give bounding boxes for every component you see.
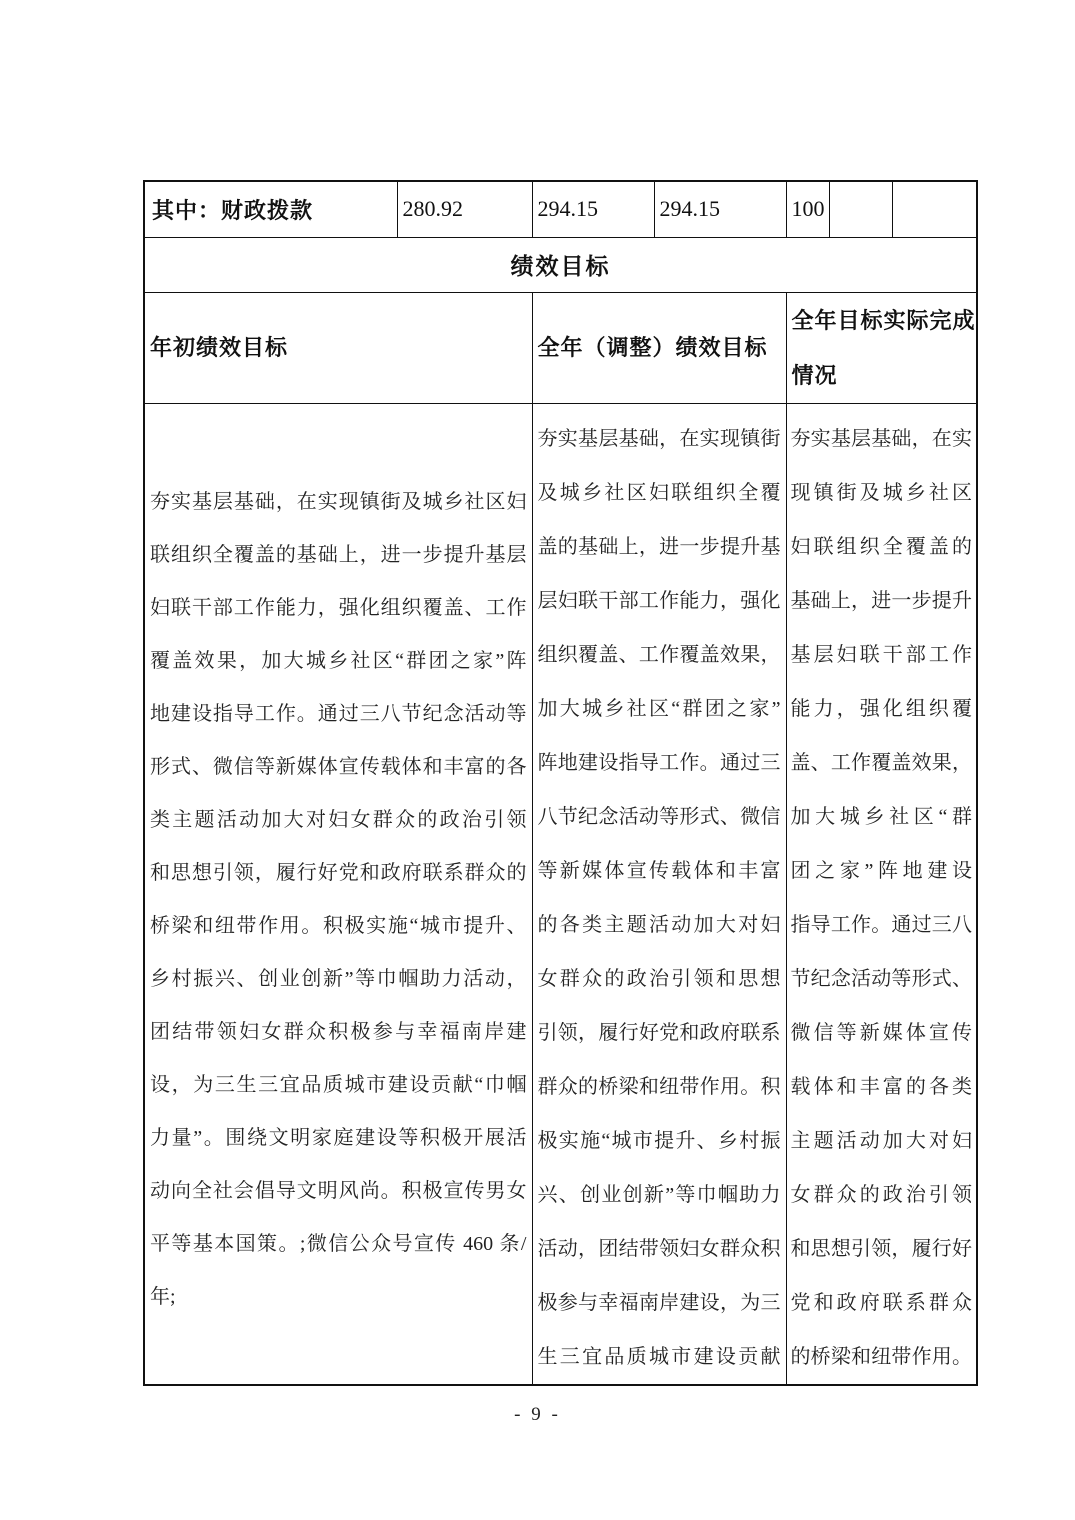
text-line: 女群众的政治引领 xyxy=(791,1168,973,1222)
text-line: 群众的桥梁和纽带作用。积 xyxy=(538,1060,781,1114)
text-line: 地建设指导工作。通过三八节纪念活动等 xyxy=(150,688,527,741)
text-line: 团之家”阵地建设 xyxy=(791,844,973,898)
funding-value-adjusted: 294.15 xyxy=(532,181,654,237)
text-line: 活动，团结带领妇女群众积 xyxy=(538,1222,781,1276)
initial-goal-text: 夯实基层基础，在实现镇街及城乡社区妇联组织全覆盖的基础上，进一步提升基层妇联干部… xyxy=(144,403,532,1385)
text-line: 和思想引领，履行好党和政府联系群众的 xyxy=(150,847,527,900)
column-headers-row: 年初绩效目标 全年（调整）绩效目标 全年目标实际完成情况 xyxy=(144,292,977,403)
text-line: 力量”。围绕文明家庭建设等积极开展活 xyxy=(150,1112,527,1165)
text-line: 极参与幸福南岸建设，为三 xyxy=(538,1276,781,1330)
text-line: 夯实基层基础，在实现镇街及城乡社区妇 xyxy=(150,476,527,529)
text-line: 组织覆盖、工作覆盖效果， xyxy=(538,628,781,682)
funding-row: 其中：财政拨款 280.92 294.15 294.15 100 xyxy=(144,181,977,237)
section-title-row: 绩效目标 xyxy=(144,237,977,292)
text-line: 类主题活动加大对妇女群众的政治引领 xyxy=(150,794,527,847)
text-line: 等新媒体宣传载体和丰富 xyxy=(538,844,781,898)
text-line: 乡村振兴、创业创新”等巾帼助力活动， xyxy=(150,953,527,1006)
text-line: 桥梁和纽带作用。积极实施“城市提升、 xyxy=(150,900,527,953)
funding-empty-cell-1 xyxy=(829,181,892,237)
text-line: 盖的基础上，进一步提升基 xyxy=(538,520,781,574)
text-line: 夯实基层基础，在实 xyxy=(791,412,973,466)
text-line: 妇联组织全覆盖的 xyxy=(791,520,973,574)
text-line: 节纪念活动等形式、 xyxy=(791,952,973,1006)
text-line: 阵地建设指导工作。通过三 xyxy=(538,736,781,790)
text-line: 加大城乡社区“群团之家” xyxy=(538,682,781,736)
text-line: 引领，履行好党和政府联系 xyxy=(538,1006,781,1060)
text-line: 八节纪念活动等形式、微信 xyxy=(538,790,781,844)
performance-report-table: 其中：财政拨款 280.92 294.15 294.15 100 绩效目标 年初… xyxy=(143,180,978,1386)
funding-value-initial: 280.92 xyxy=(397,181,532,237)
text-line: 女群众的政治引领和思想 xyxy=(538,952,781,1006)
text-line: 现镇街及城乡社区 xyxy=(791,466,973,520)
text-line: 的桥梁和纽带作用。 xyxy=(791,1330,973,1384)
text-line: 年; xyxy=(150,1271,527,1324)
text-line: 能力，强化组织覆 xyxy=(791,682,973,736)
header-actual-completion: 全年目标实际完成情况 xyxy=(786,292,977,403)
page-number: - 9 - xyxy=(0,1404,1075,1426)
text-line: 覆盖效果，加大城乡社区“群团之家”阵 xyxy=(150,635,527,688)
goals-text-row: 夯实基层基础，在实现镇街及城乡社区妇联组织全覆盖的基础上，进一步提升基层妇联干部… xyxy=(144,403,977,1385)
text-line: 平等基本国策。;微信公众号宣传 460 条/ xyxy=(150,1218,527,1271)
text-line: 形式、微信等新媒体宣传载体和丰富的各 xyxy=(150,741,527,794)
text-line: 层妇联干部工作能力，强化 xyxy=(538,574,781,628)
text-line: 和思想引领，履行好 xyxy=(791,1222,973,1276)
text-line: 团结带领妇女群众积极参与幸福南岸建 xyxy=(150,1006,527,1059)
text-line: 联组织全覆盖的基础上，进一步提升基层 xyxy=(150,529,527,582)
performance-section-title: 绩效目标 xyxy=(144,237,977,292)
text-line: 加大城乡社区“群 xyxy=(791,790,973,844)
document-page: 其中：财政拨款 280.92 294.15 294.15 100 绩效目标 年初… xyxy=(0,0,1075,1520)
text-line: 及城乡社区妇联组织全覆 xyxy=(538,466,781,520)
funding-value-actual: 294.15 xyxy=(654,181,786,237)
text-line: 生三宜品质城市建设贡献 xyxy=(538,1330,781,1384)
text-line: 载体和丰富的各类 xyxy=(791,1060,973,1114)
funding-value-rate: 100 xyxy=(786,181,829,237)
adjusted-goal-text: 夯实基层基础，在实现镇街及城乡社区妇联组织全覆盖的基础上，进一步提升基层妇联干部… xyxy=(532,403,786,1385)
header-adjusted-goal: 全年（调整）绩效目标 xyxy=(532,292,786,403)
text-line: 的各类主题活动加大对妇 xyxy=(538,898,781,952)
text-line: 盖、工作覆盖效果， xyxy=(791,736,973,790)
actual-completion-text: 夯实基层基础，在实现镇街及城乡社区妇联组织全覆盖的基础上，进一步提升基层妇联干部… xyxy=(786,403,977,1385)
text-line: 设，为三生三宜品质城市建设贡献“巾帼 xyxy=(150,1059,527,1112)
text-line: 妇联干部工作能力，强化组织覆盖、工作 xyxy=(150,582,527,635)
text-line: 动向全社会倡导文明风尚。积极宣传男女 xyxy=(150,1165,527,1218)
text-line: 基层妇联干部工作 xyxy=(791,628,973,682)
text-line: 指导工作。通过三八 xyxy=(791,898,973,952)
text-line: 极实施“城市提升、乡村振 xyxy=(538,1114,781,1168)
text-line: 党和政府联系群众 xyxy=(791,1276,973,1330)
funding-empty-cell-2 xyxy=(892,181,977,237)
header-initial-goal: 年初绩效目标 xyxy=(144,292,532,403)
text-line: 兴、创业创新”等巾帼助力 xyxy=(538,1168,781,1222)
text-line: 主题活动加大对妇 xyxy=(791,1114,973,1168)
funding-row-label: 其中：财政拨款 xyxy=(144,181,397,237)
text-line: 微信等新媒体宣传 xyxy=(791,1006,973,1060)
text-line: 夯实基层基础，在实现镇街 xyxy=(538,412,781,466)
text-line: 基础上，进一步提升 xyxy=(791,574,973,628)
